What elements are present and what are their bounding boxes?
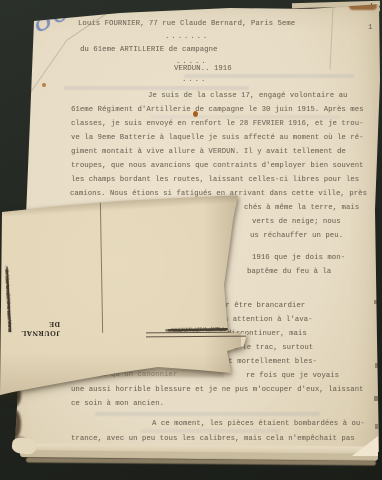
clipping-line: on maire M. le Secrétaire Gl.	[5, 279, 14, 333]
clipping-column-left: étaient admirablement reçus par M. Latte…	[1, 200, 102, 333]
scanned-document: 686 1 Louis FOURNIER, 77 rue Claude Bern…	[0, 0, 382, 480]
clipping-column-right: texte est publié dans le Bulletin les am…	[105, 198, 231, 334]
newspaper-clipping: étaient admirablement reçus par M. Latte…	[0, 0, 382, 480]
newspaper-clipping-wrapper: étaient admirablement reçus par M. Latte…	[0, 0, 382, 480]
clipping-edge-shade	[0, 352, 240, 394]
clipping-masthead: JOURNAL DE	[8, 327, 60, 338]
